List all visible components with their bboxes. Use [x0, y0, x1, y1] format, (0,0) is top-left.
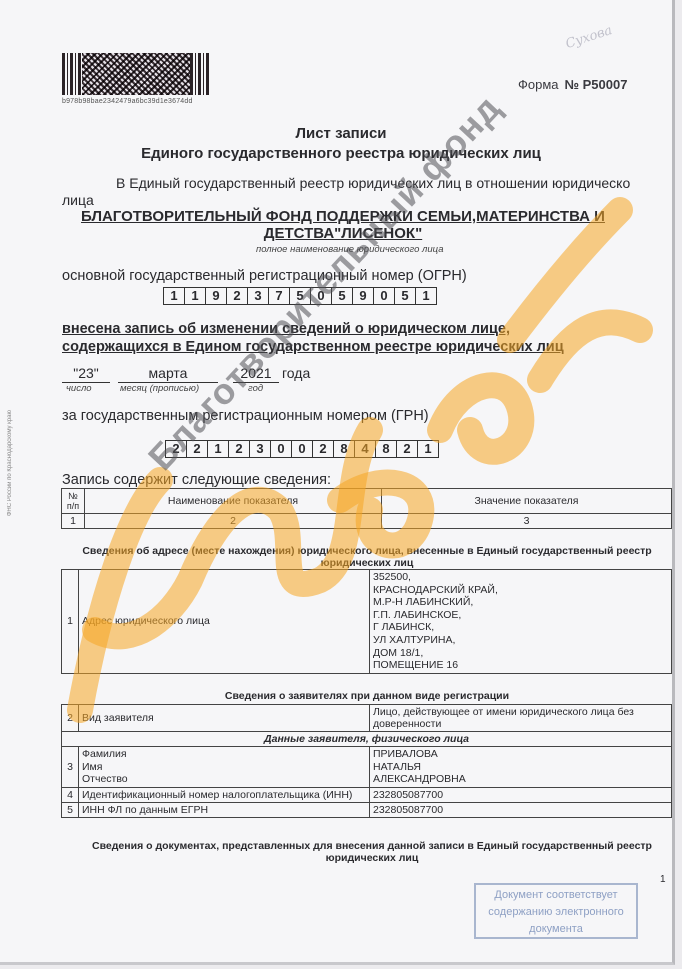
ogrn-digit: 2: [227, 288, 248, 304]
fio-patronymic: АЛЕКСАНДРОВНА: [373, 773, 668, 786]
ogrn-digit: 5: [290, 288, 311, 304]
table-intro: Запись содержит следующие сведения:: [62, 472, 331, 488]
grn-digit: 8: [334, 441, 355, 457]
side-note: ФНС России по Краснодарскому краю: [6, 410, 14, 516]
document-page: b978b98bae2342479a6bc39d1e3674dd Сухова …: [0, 0, 675, 965]
handwritten-signature: Сухова: [564, 23, 614, 52]
grn-digit: 2: [397, 441, 418, 457]
table-row: 2 Вид заявителя Лицо, действующее от име…: [62, 705, 672, 732]
stamp-line: содержанию электронного: [476, 904, 636, 921]
date-year-caption: год: [248, 383, 263, 394]
row-num: 5: [62, 802, 79, 817]
ogrn-digit: 9: [353, 288, 374, 304]
address-value: 352500,КРАСНОДАРСКИЙ КРАЙ,М.Р-Н ЛАБИНСКИ…: [370, 570, 672, 674]
form-label: Форма: [518, 77, 559, 92]
stamp-line: Документ соответствует: [476, 887, 636, 904]
grn-digit: 0: [271, 441, 292, 457]
record-line-1: внесена запись об изменении сведений о ю…: [62, 320, 564, 338]
subsection-row: Данные заявителя, физического лица: [62, 732, 672, 747]
ogrn-digit: 3: [248, 288, 269, 304]
organization-caption: полное наименование юридического лица: [256, 244, 444, 255]
barcode-id: b978b98bae2342479a6bc39d1e3674dd: [62, 98, 193, 105]
grn-digit: 2: [313, 441, 334, 457]
row-num: 3: [62, 747, 79, 788]
address-line: 352500,: [373, 571, 668, 584]
header-value: Значение показателя: [382, 489, 672, 514]
table-header-row: № п/п Наименование показателя Значение п…: [62, 489, 672, 514]
date-month: марта: [118, 365, 218, 383]
page-number: 1: [660, 874, 666, 885]
form-number: Форма№ Р50007: [518, 77, 627, 92]
section-documents-heading: Сведения о документах, представленных дл…: [72, 840, 672, 864]
grn-digit: 8: [376, 441, 397, 457]
address-line: ДОМ 18/1,: [373, 647, 668, 660]
ogrn-digit: 0: [374, 288, 395, 304]
fio-name: НАТАЛЬЯ: [373, 761, 668, 774]
ogrn-digit: 7: [269, 288, 290, 304]
table-row: 3 Фамилия Имя Отчество ПРИВАЛОВА НАТАЛЬЯ…: [62, 747, 672, 788]
address-line: ПОМЕЩЕНИЕ 16: [373, 659, 668, 672]
ogrn-label: основной государственный регистрационный…: [62, 268, 467, 284]
inn-value: 232805087700: [370, 787, 672, 802]
ogrn-digit: 1: [185, 288, 206, 304]
address-line: М.Р-Н ЛАБИНСКИЙ,: [373, 596, 668, 609]
ogrn-digit: 1: [416, 288, 436, 304]
document-subtitle: Единого государственного реестра юридиче…: [0, 145, 682, 162]
date-day-caption: число: [66, 383, 92, 394]
row-num: 2: [62, 705, 79, 732]
grn-digit: 3: [250, 441, 271, 457]
date-year-suffix: года: [282, 365, 310, 381]
fio-values: ПРИВАЛОВА НАТАЛЬЯ АЛЕКСАНДРОВНА: [370, 747, 672, 788]
ogrn-digit: 9: [206, 288, 227, 304]
col-num-1: 1: [62, 514, 85, 529]
table-row: 5 ИНН ФЛ по данным ЕГРН 232805087700: [62, 802, 672, 817]
address-line: УЛ ХАЛТУРИНА,: [373, 634, 668, 647]
fio-surname-label: Фамилия: [82, 748, 366, 761]
grn-digits: 2212300284821: [165, 440, 439, 458]
subsection-person-heading: Данные заявителя, физического лица: [62, 732, 672, 747]
ogrn-digits: 1192375059051: [163, 287, 437, 305]
ogrn-digit: 5: [395, 288, 416, 304]
intro-text-cont: лица: [62, 192, 94, 208]
section-address-heading: Сведения об адресе (месте нахождения) юр…: [62, 545, 672, 569]
fio-names: Фамилия Имя Отчество: [79, 747, 370, 788]
record-statement: внесена запись об изменении сведений о ю…: [62, 320, 564, 356]
row-name: Вид заявителя: [79, 705, 370, 732]
row-num: 1: [62, 570, 79, 674]
section-applicants-heading: Сведения о заявителях при данном виде ре…: [62, 690, 672, 702]
table-row: 4 Идентификационный номер налогоплательщ…: [62, 787, 672, 802]
form-code: № Р50007: [565, 77, 628, 92]
date-month-caption: месяц (прописью): [120, 383, 199, 394]
address-table: 1 Адрес юридического лица 352500,КРАСНОД…: [61, 569, 672, 674]
grn-digit: 1: [208, 441, 229, 457]
grn-digit: 0: [292, 441, 313, 457]
address-line: Г ЛАБИНСК,: [373, 621, 668, 634]
column-number-row: 1 2 3: [62, 514, 672, 529]
applicants-table: 2 Вид заявителя Лицо, действующее от име…: [61, 704, 672, 818]
col-num-3: 3: [382, 514, 672, 529]
header-name: Наименование показателя: [85, 489, 382, 514]
grn-digit: 2: [166, 441, 187, 457]
ogrn-digit: 5: [332, 288, 353, 304]
conformity-stamp: Документ соответствуетсодержанию электро…: [474, 883, 638, 939]
ogrn-digit: 1: [164, 288, 185, 304]
stamp-line: документа: [476, 921, 636, 938]
address-line: КРАСНОДАРСКИЙ КРАЙ,: [373, 584, 668, 597]
address-line: Г.П. ЛАБИНСКОЕ,: [373, 609, 668, 622]
organization-name: БЛАГОТВОРИТЕЛЬНЫЙ ФОНД ПОДДЕРЖКИ СЕМЬИ,М…: [78, 208, 608, 242]
grn-digit: 2: [187, 441, 208, 457]
grn-digit: 1: [418, 441, 438, 457]
fio-patronymic-label: Отчество: [82, 773, 366, 786]
row-name: Идентификационный номер налогоплательщик…: [79, 787, 370, 802]
fio-surname: ПРИВАЛОВА: [373, 748, 668, 761]
grn-label: за государственным регистрационным номер…: [62, 408, 429, 424]
col-num-2: 2: [85, 514, 382, 529]
grn-digit: 2: [229, 441, 250, 457]
ogrn-digit: 0: [311, 288, 332, 304]
barcode-icon: [62, 53, 210, 95]
row-name: Адрес юридического лица: [79, 570, 370, 674]
row-num: 4: [62, 787, 79, 802]
date-day: "23": [62, 365, 110, 383]
inn-egrn-value: 232805087700: [370, 802, 672, 817]
table-row: 1 Адрес юридического лица 352500,КРАСНОД…: [62, 570, 672, 674]
document-title: Лист записи: [0, 125, 682, 142]
grn-digit: 4: [355, 441, 376, 457]
header-table: № п/п Наименование показателя Значение п…: [61, 488, 672, 529]
record-line-2: содержащихся в Едином государственном ре…: [62, 338, 564, 356]
row-name: ИНН ФЛ по данным ЕГРН: [79, 802, 370, 817]
fio-name-label: Имя: [82, 761, 366, 774]
date-year: 2021: [233, 365, 279, 383]
row-value: Лицо, действующее от имени юридического …: [370, 705, 672, 732]
intro-text: В Единый государственный реестр юридичес…: [116, 175, 672, 191]
header-num: № п/п: [62, 489, 85, 514]
